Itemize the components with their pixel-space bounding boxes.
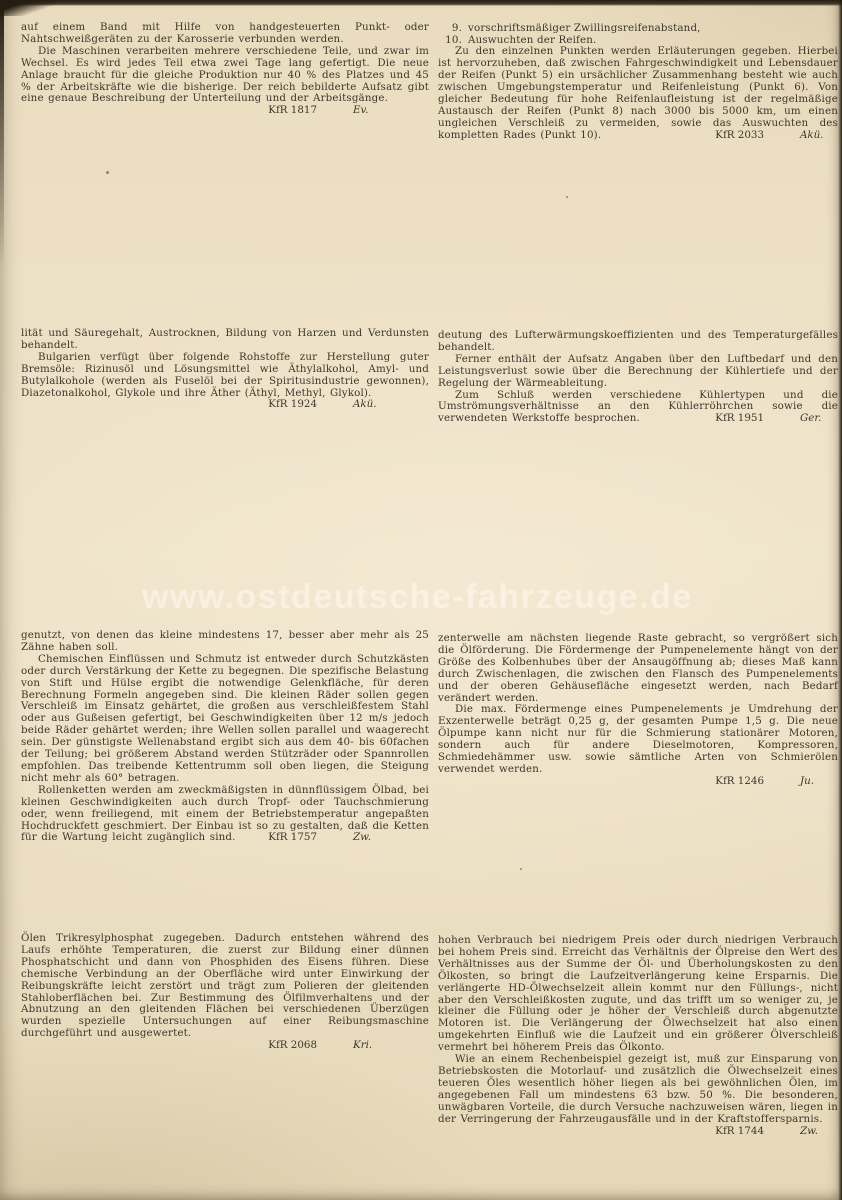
kfr-reference: KfR 1246 xyxy=(715,776,764,788)
abstract-kfr-1817: auf einem Band mit Hilfe von handgesteue… xyxy=(21,22,429,117)
paper-speck xyxy=(106,171,109,174)
scan-corner-top-left xyxy=(0,0,56,16)
scanned-page: www.ostdeutsche-fahrzeuge.de auf einem B… xyxy=(0,0,842,1200)
paper-speck xyxy=(520,868,522,870)
list-item-9: 9. vorschriftsmäßiger Zwillingsreifenabs… xyxy=(438,22,838,34)
paragraph: deutung des Lufterwärmungskoeffizienten … xyxy=(438,330,838,354)
scan-edge-left xyxy=(0,0,4,270)
reviewer-initials: Kri. xyxy=(353,1040,383,1052)
paragraph: Chemischen Einflüssen und Schmutz ist en… xyxy=(21,654,429,785)
abstract-kfr-1757: genutzt, von denen das kleine mindestens… xyxy=(21,630,429,844)
abstract-kfr-1924: lität und Säuregehalt, Austrocknen, Bild… xyxy=(21,328,429,411)
paragraph: Ferner enthält der Aufsatz Angaben über … xyxy=(438,354,838,390)
kfr-reference: KfR 1817 xyxy=(268,105,317,117)
abstract-kfr-1744: hohen Verbrauch bei niedrigem Preis oder… xyxy=(438,935,838,1137)
paragraph: auf einem Band mit Hilfe von handgesteue… xyxy=(21,22,429,46)
paragraph: hohen Verbrauch bei niedrigem Preis oder… xyxy=(438,935,838,1054)
paragraph: zenterwelle am nächsten liegende Raste g… xyxy=(438,633,838,704)
paragraph: Zu den einzelnen Punkten werden Erläuter… xyxy=(438,46,838,141)
kfr-reference: KfR 1951 xyxy=(715,413,764,425)
kfr-reference: KfR 1924 xyxy=(268,399,317,411)
kfr-reference: KfR 2033 xyxy=(715,130,764,142)
kfr-reference: KfR 2068 xyxy=(268,1040,317,1052)
paragraph: lität und Säuregehalt, Austrocknen, Bild… xyxy=(21,328,429,352)
citation-line: KfR 1817 Ev. xyxy=(21,105,429,117)
reviewer-initials: Ev. xyxy=(353,105,383,117)
paragraph: Die max. Fördermenge eines Pumpenelement… xyxy=(438,704,838,775)
scan-edge-right xyxy=(838,0,842,1200)
paragraph: genutzt, von denen das kleine mindestens… xyxy=(21,630,429,654)
scan-edge-top xyxy=(0,0,842,6)
abstract-kfr-1246: zenterwelle am nächsten liegende Raste g… xyxy=(438,633,838,788)
paragraph: Bulgarien verfügt über folgende Rohstoff… xyxy=(21,352,429,400)
abstract-kfr-2068: Ölen Trikresylphosphat zugegeben. Dadurc… xyxy=(21,933,429,1052)
paragraph: Wie an einem Rechenbeispiel gezeigt ist,… xyxy=(438,1054,838,1125)
kfr-reference: KfR 1757 xyxy=(268,832,317,844)
citation-line: KfR 1744 Zw. xyxy=(438,1126,838,1138)
reviewer-initials: Zw. xyxy=(353,832,383,844)
citation-line: KfR 1246 Ju. xyxy=(438,776,838,788)
reviewer-initials: Akü. xyxy=(353,399,383,411)
paper-speck xyxy=(566,196,568,198)
abstract-kfr-1951: deutung des Lufterwärmungskoeffizienten … xyxy=(438,330,838,425)
kfr-reference: KfR 1744 xyxy=(715,1126,764,1138)
reviewer-initials: Ju. xyxy=(800,776,830,788)
paragraph: Ölen Trikresylphosphat zugegeben. Dadurc… xyxy=(21,933,429,1040)
citation-line: KfR 2068 Kri. xyxy=(21,1040,429,1052)
list-number: 9. xyxy=(438,22,468,34)
abstract-kfr-2033: 9. vorschriftsmäßiger Zwillingsreifenabs… xyxy=(438,22,838,142)
reviewer-initials: Ger. xyxy=(800,413,830,425)
watermark: www.ostdeutsche-fahrzeuge.de xyxy=(142,578,693,617)
reviewer-initials: Akü. xyxy=(800,130,830,142)
paragraph: Die Maschinen verarbeiten mehrere versch… xyxy=(21,46,429,106)
reviewer-initials: Zw. xyxy=(800,1126,830,1138)
citation-line: KfR 1924 Akü. xyxy=(21,399,429,411)
list-text: vorschriftsmäßiger Zwillingsreifenabstan… xyxy=(468,22,701,34)
